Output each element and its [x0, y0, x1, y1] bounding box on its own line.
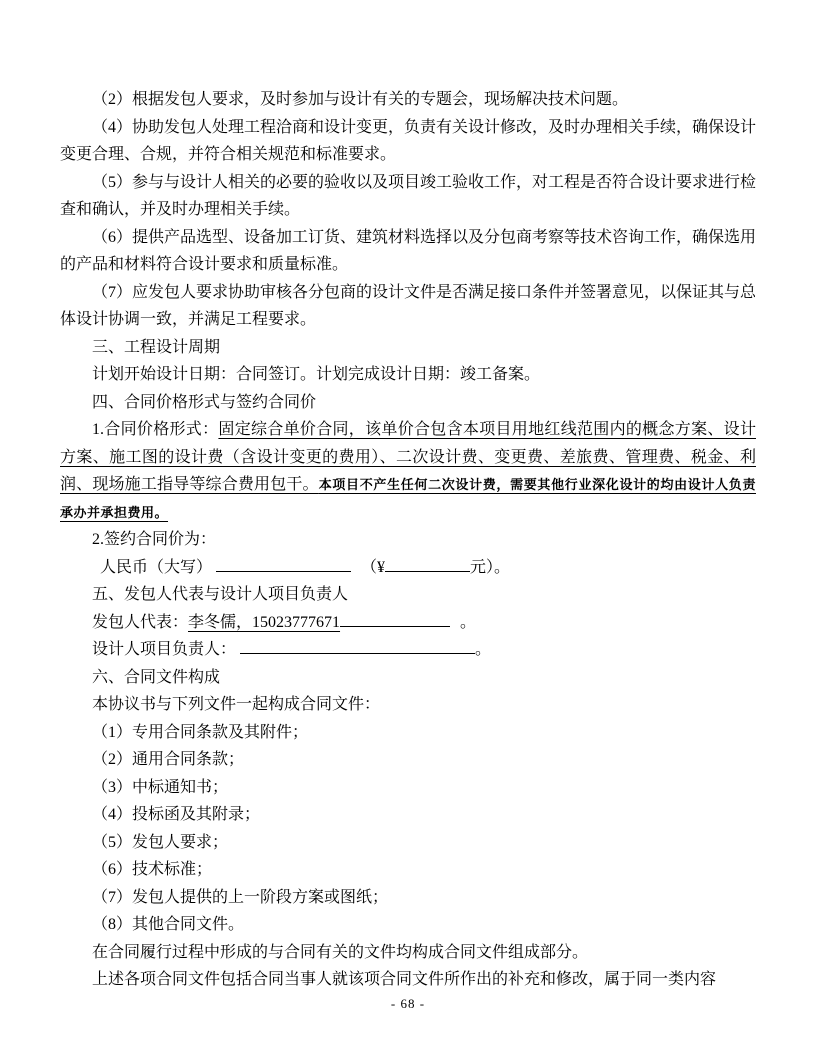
- clause-item-7: （7）应发包人要求协助审核各分包商的设计文件是否满足接口条件并签署意见，以保证其…: [60, 279, 756, 334]
- blank-amount-figures: [385, 557, 470, 572]
- rmb-label: 人民币（大写）: [100, 559, 212, 576]
- closing-paragraph-2: 上述各项合同文件包括合同当事人就该项合同文件所作出的补充和修改，属于同一类内容: [60, 966, 756, 994]
- price-form-label: 1.合同价格形式：: [92, 421, 218, 438]
- section-heading-4: 四、合同价格形式与签约合同价: [60, 389, 756, 417]
- blank-designer-lead: [240, 639, 475, 654]
- rmb-paren-open: （¥: [361, 559, 385, 576]
- clause-item-5: （5）参与与设计人相关的必要的验收以及项目竣工验收工作，对工程是否符合设计要求进…: [60, 169, 756, 224]
- designer-lead-line: 设计人项目负责人： 。: [60, 636, 756, 664]
- contract-file-item-3: （3）中标通知书；: [60, 774, 756, 802]
- contract-files-intro: 本协议书与下列文件一起构成合同文件：: [60, 691, 756, 719]
- price-form-paragraph: 1.合同价格形式：固定综合单价合同，该单价合包含本项目用地红线范围内的概念方案、…: [60, 416, 756, 526]
- clause-item-6: （6）提供产品选型、设备加工订货、建筑材料选择以及分包商考察等技术咨询工作，确保…: [60, 224, 756, 279]
- contract-price-label: 2.签约合同价为：: [60, 526, 756, 554]
- document-page: （2）根据发包人要求，及时参加与设计有关的专题会，现场解决技术问题。 （4）协助…: [0, 0, 816, 1056]
- rmb-paren-close: 元）。: [470, 559, 510, 576]
- section-heading-5: 五、发包人代表与设计人项目负责人: [60, 581, 756, 609]
- clause-item-2: （2）根据发包人要求，及时参加与设计有关的专题会，现场解决技术问题。: [60, 86, 756, 114]
- employer-rep-period: 。: [460, 614, 476, 631]
- contract-file-item-4: （4）投标函及其附录；: [60, 801, 756, 829]
- contract-file-item-8: （8）其他合同文件。: [60, 911, 756, 939]
- contract-file-item-1: （1）专用合同条款及其附件；: [60, 719, 756, 747]
- contract-file-item-5: （5）发包人要求；: [60, 829, 756, 857]
- rmb-amount-line: 人民币（大写） （¥元）。: [60, 554, 756, 582]
- employer-rep-value: 李冬儒，15023777671: [188, 614, 340, 631]
- closing-paragraph-1: 在合同履行过程中形成的与合同有关的文件均构成合同文件组成部分。: [60, 939, 756, 967]
- section-heading-3: 三、工程设计周期: [60, 334, 756, 362]
- section-heading-6: 六、合同文件构成: [60, 664, 756, 692]
- employer-rep-line: 发包人代表：李冬儒，15023777671。: [60, 609, 756, 637]
- blank-employer-rep: [340, 612, 450, 627]
- blank-amount-words: [216, 557, 351, 572]
- designer-lead-period: 。: [475, 641, 491, 658]
- footer-page-number: - 68 -: [0, 996, 816, 1012]
- document-body: （2）根据发包人要求，及时参加与设计有关的专题会，现场解决技术问题。 （4）协助…: [60, 86, 756, 994]
- designer-lead-label: 设计人项目负责人：: [92, 641, 236, 658]
- contract-file-item-7: （7）发包人提供的上一阶段方案或图纸；: [60, 884, 756, 912]
- contract-file-item-2: （2）通用合同条款；: [60, 746, 756, 774]
- contract-file-item-6: （6）技术标准；: [60, 856, 756, 884]
- design-period-text: 计划开始设计日期：合同签订。计划完成设计日期：竣工备案。: [60, 361, 756, 389]
- employer-rep-label: 发包人代表：: [92, 614, 188, 631]
- clause-item-4: （4）协助发包人处理工程洽商和设计变更，负责有关设计修改，及时办理相关手续，确保…: [60, 114, 756, 169]
